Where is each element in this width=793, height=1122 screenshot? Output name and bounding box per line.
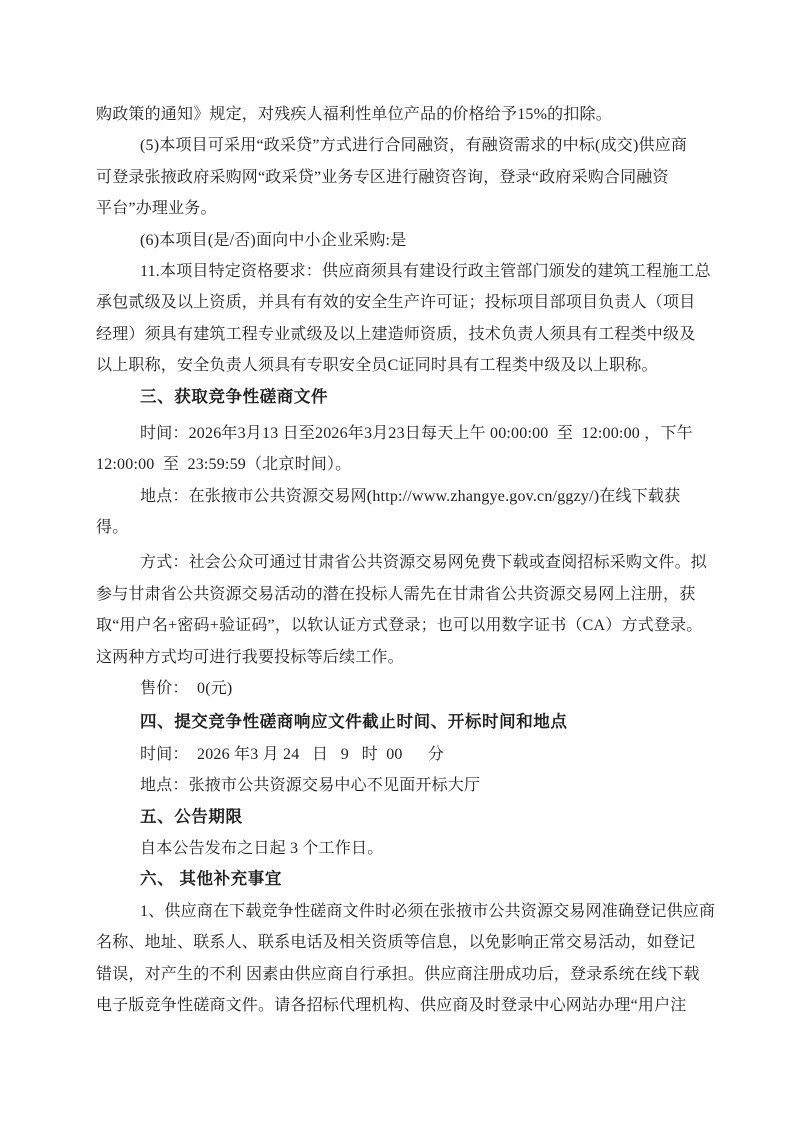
paragraph-line: 错误，对产生的不利 因素由供应商自行承担。供应商注册成功后，登录系统在线下载 bbox=[96, 959, 706, 990]
paragraph-line: 经理）须具有建筑工程专业贰级及以上建造师资质，技术负责人须具有工程类中级及 bbox=[96, 319, 706, 350]
paragraph-line: 以上职称，安全负责人须具有专职安全员C证同时具有工程类中级及以上职称。 bbox=[96, 350, 706, 381]
paragraph-line-qualification: 11.本项目特定资格要求：供应商须具有建设行政主管部门颁发的建筑工程施工总 bbox=[96, 256, 706, 287]
paragraph-line: 这两种方式均可进行我要投标等后续工作。 bbox=[96, 642, 706, 673]
paragraph-line: 购政策的通知》规定，对残疾人福利性单位产品的价格给予15%的扣除。 bbox=[96, 99, 706, 130]
paragraph-line: 得。 bbox=[96, 512, 706, 543]
paragraph-line: 名称、地址、联系人、联系电话及相关资质等信息，以免影响正常交易活动，如登记 bbox=[96, 927, 706, 958]
paragraph-line-supplier-registration: 1、供应商在下载竞争性磋商文件时必须在张掖市公共资源交易网准确登记供应商 bbox=[96, 896, 706, 927]
paragraph-line: (5)本项目可采用“政采贷”方式进行合同融资，有融资需求的中标(成交)供应商 bbox=[96, 130, 706, 161]
paragraph-line: 取“用户名+密码+验证码”，以软认证方式登录；也可以用数字证书（CA）方式登录。 bbox=[96, 610, 706, 641]
document-body: 购政策的通知》规定，对残疾人福利性单位产品的价格给予15%的扣除。 (5)本项目… bbox=[96, 99, 706, 1021]
paragraph-line-price: 售价： 0(元) bbox=[96, 673, 706, 704]
paragraph-line-open-bid-time: 时间： 2026 年3 月 24 日 9 时 00 分 bbox=[96, 739, 706, 770]
paragraph-line-announcement-period: 自本公告发布之日起 3 个工作日。 bbox=[96, 833, 706, 864]
paragraph-line-smes-oriented: (6)本项目(是/否)面向中小企业采购:是 bbox=[96, 225, 706, 256]
paragraph-line: 电子版竞争性磋商文件。请各招标代理机构、供应商及时登录中心网站办理“用户注 bbox=[96, 990, 706, 1021]
paragraph-line: 参与甘肃省公共资源交易活动的潜在投标人需先在甘肃省公共资源交易网上注册，获 bbox=[96, 579, 706, 610]
section-heading-6-other-matters: 六、 其他补充事宜 bbox=[96, 864, 706, 895]
document-page: 购政策的通知》规定，对残疾人福利性单位产品的价格给予15%的扣除。 (5)本项目… bbox=[0, 0, 793, 1122]
paragraph-line: 承包贰级及以上资质，并具有有效的安全生产许可证；投标项目部项目负责人（项目 bbox=[96, 287, 706, 318]
paragraph-line-doc-get-method: 方式：社会公众可通过甘肃省公共资源交易网免费下载或查阅招标采购文件。拟 bbox=[96, 547, 706, 578]
paragraph-line-doc-get-place-url: 地点：在张掖市公共资源交易网(http://www.zhangye.gov.cn… bbox=[96, 481, 706, 512]
paragraph-line-open-bid-place: 地点：张掖市公共资源交易中心不见面开标大厅 bbox=[96, 770, 706, 801]
section-heading-4-submission-deadline: 四、提交竞争性磋商响应文件截止时间、开标时间和地点 bbox=[96, 707, 706, 738]
section-heading-5-announcement-period: 五、公告期限 bbox=[96, 802, 706, 833]
paragraph-line: 平台”办理业务。 bbox=[96, 193, 706, 224]
paragraph-line: 可登录张掖政府采购网“政采贷”业务专区进行融资咨询，登录“政府采购合同融资 bbox=[96, 162, 706, 193]
paragraph-line-doc-get-time: 时间：2026年3月13 日至2026年3月23日每天上午 00:00:00 至… bbox=[96, 418, 706, 449]
paragraph-line: 12:00:00 至 23:59:59（北京时间）。 bbox=[96, 449, 706, 480]
section-heading-3-get-rfp-documents: 三、获取竞争性磋商文件 bbox=[96, 382, 706, 413]
